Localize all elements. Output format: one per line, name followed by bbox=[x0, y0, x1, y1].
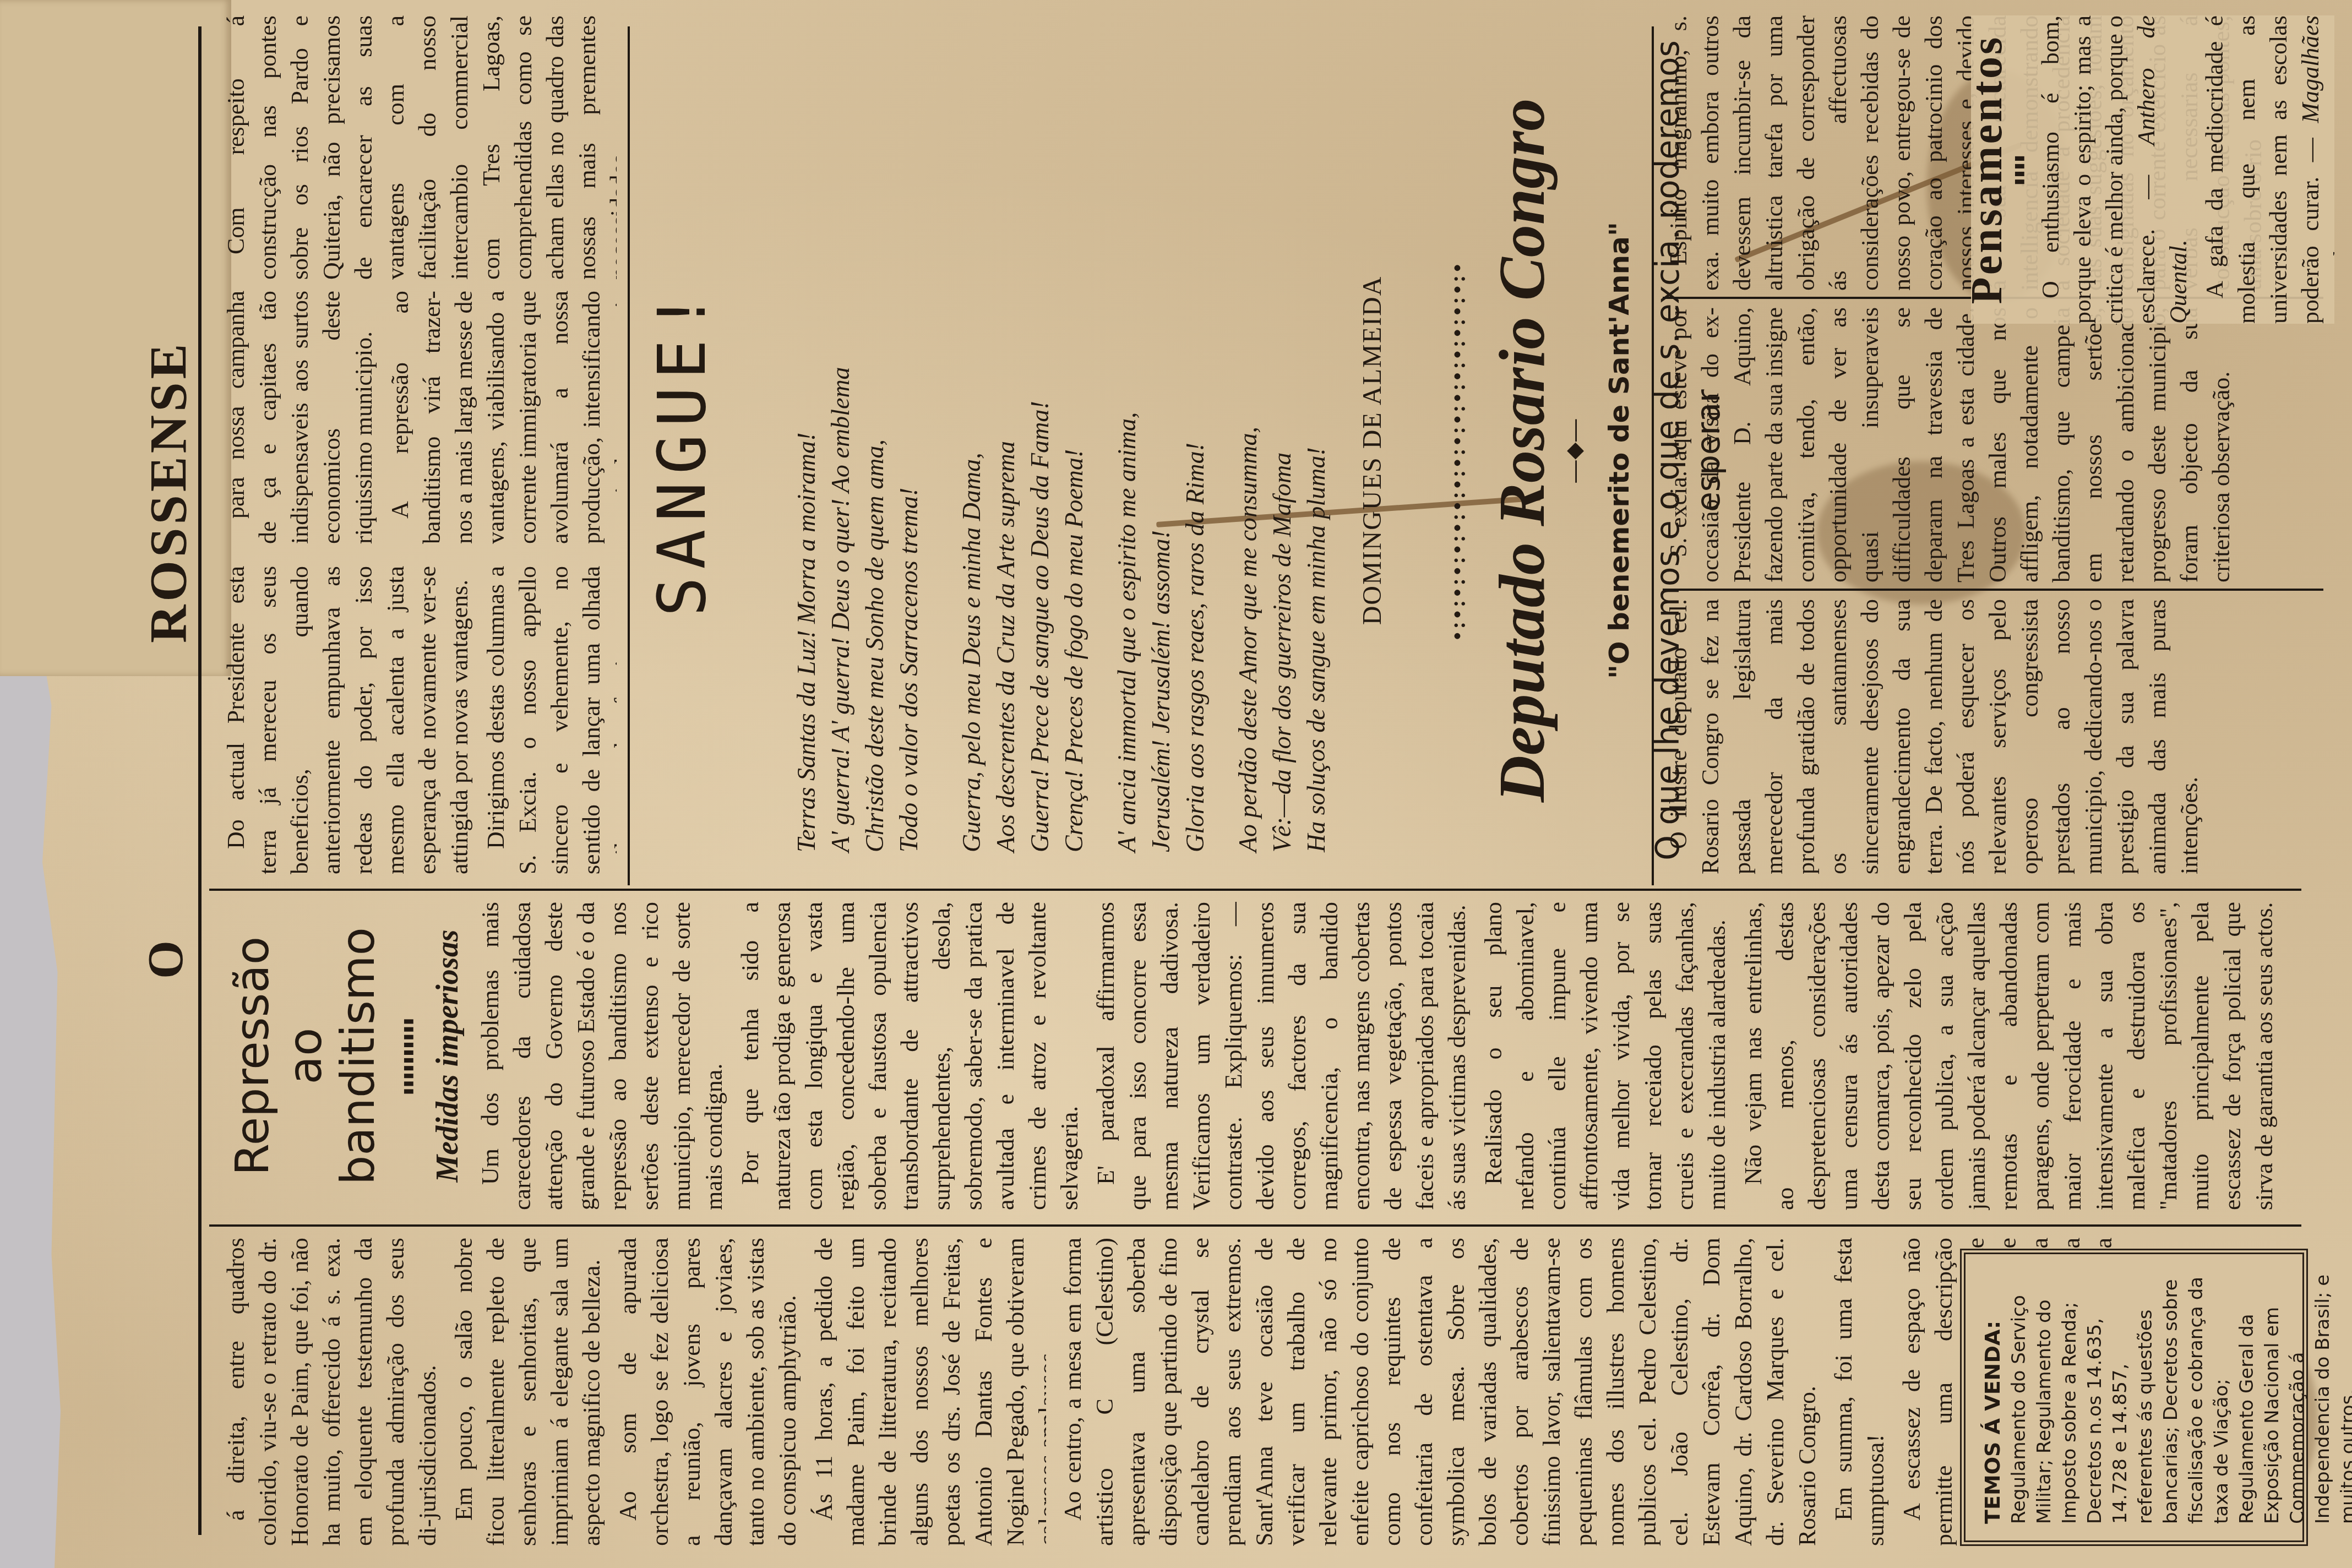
paragraph: Realisado o seu plano nefando e abominav… bbox=[1478, 902, 1733, 1210]
verse: Todo o valor dos Sarracenos trema! bbox=[892, 367, 926, 852]
paragraph: O illustre deputado cel. Rosario Congro … bbox=[1663, 599, 2206, 874]
ad-heading: TEMOS Á VENDA: bbox=[1980, 1321, 2005, 1524]
verse: Crença! Preces de fogo do meu Poema! bbox=[1057, 26, 1091, 852]
verse: Terras Santas da Luz! Morra a moirama! bbox=[790, 367, 824, 852]
poem-author: DOMINGUES DE ALMEIDA bbox=[1355, 26, 1390, 874]
article-subheadline: Medidas imperiosas bbox=[432, 902, 464, 1210]
paragraph: á direita, entre quadros colorido, viu-s… bbox=[220, 1238, 444, 1546]
paragraph: Ás 11 horas, a pedido de madame Paim, fo… bbox=[808, 1238, 1046, 1546]
section-rule bbox=[1652, 26, 1654, 885]
verse: Ha soluços de sangue em minha pluma! bbox=[1299, 26, 1333, 852]
verse: Christão deste meu Sonho de quem ama, bbox=[858, 367, 892, 852]
verse: Vê:—da flor dos guerreiros de Mafoma bbox=[1265, 26, 1299, 852]
verse: Guerra! Prece de sangue ao Deus da Fama! bbox=[1023, 26, 1057, 852]
verse: Ao perdão deste Amor que me consumma, bbox=[1231, 26, 1265, 852]
campanha-article-cont: Com respeito á construcção nas pontes so… bbox=[220, 15, 617, 280]
paragraph: Com respeito á construcção nas pontes so… bbox=[220, 15, 617, 280]
rosario-article-col2: S. excia. aqui esteve por occasião da vi… bbox=[1663, 307, 2323, 582]
column-rule bbox=[1663, 589, 2323, 591]
campanha-article: para nossa campanha de ça e capitaes tão… bbox=[220, 291, 617, 544]
dotted-divider: •:•:•:•:•:•:•:•:•:•:•:•:•:•:•:•:•:• bbox=[1445, 26, 1471, 874]
masthead: O ROSSENSE bbox=[116, 26, 202, 1535]
ornament-divider: —◆— bbox=[1561, 26, 1587, 874]
rosario-article-col1: O illustre deputado cel. Rosario Congro … bbox=[1663, 599, 2323, 874]
ornament-divider: ▮▮▮▮▮▮▮▮▮▮ bbox=[392, 902, 424, 1210]
article-headline: Repressão ao banditismo bbox=[226, 902, 384, 1210]
verse: Guerra, pelo meu Deus e minha Dama, bbox=[955, 26, 989, 852]
paragraph: S. excia. aqui esteve por occasião da vi… bbox=[1663, 307, 2237, 582]
paragraph: Dirigimos destas columnas a S. Excia. o … bbox=[480, 566, 617, 874]
paragraph: para nossa campanha de ça e capitaes tão… bbox=[220, 291, 380, 544]
paragraph: Do actual Presidente esta terra já merec… bbox=[220, 566, 476, 874]
scan-viewport: O ROSSENSE á direita, entre quadros colo… bbox=[0, 0, 2352, 1568]
paragraph: Em summa, foi uma festa sumptuosa! bbox=[1828, 1238, 1892, 1546]
advertisement-box: TEMOS Á VENDA: Regulamento do Serviço Mi… bbox=[1960, 1249, 2308, 1546]
poem-stanza: Ao perdão deste Amor que me consumma, Vê… bbox=[1231, 26, 1333, 852]
verse: Aos descrentes da Cruz da Arte suprema bbox=[989, 26, 1023, 852]
masthead-initial: O bbox=[138, 940, 194, 979]
ad-item: Regulamento Geral da Exposição Nacional … bbox=[2236, 1292, 2334, 1524]
paragraph: Não vejam nas entrelinhas, ao menos, des… bbox=[1738, 902, 2280, 1210]
presidente-article: Do actual Presidente esta terra já merec… bbox=[220, 566, 617, 874]
newspaper-page: O ROSSENSE á direita, entre quadros colo… bbox=[0, 0, 2352, 1568]
paragraph: A repressão ao banditismo virá trazer-no… bbox=[384, 291, 617, 544]
section-rule bbox=[628, 26, 630, 885]
poem-stanza: Terras Santas da Luz! Morra a moirama! A… bbox=[790, 367, 926, 852]
rosario-title: Deputado Rosario Congro bbox=[1484, 26, 1561, 874]
poem-stanza: A' ancia immortal que o espirito me anim… bbox=[1110, 26, 1212, 852]
verse: Jerusalém! Jerusalém! assoma! bbox=[1144, 26, 1178, 852]
verse: Gloria aos rasgos reaes, raros da Rima! bbox=[1178, 26, 1212, 852]
poem-stanzas-2: Guerra, pelo meu Deus e minha Dama, Aos … bbox=[936, 26, 1431, 874]
paragraph: Ao centro, a mesa em forma artistico C (… bbox=[1057, 1238, 1823, 1546]
paragraph: Em pouco, o salão nobre ficou litteralme… bbox=[448, 1238, 608, 1546]
paragraph: Ao som de apurada orchestra, logo se fez… bbox=[612, 1238, 804, 1546]
pensamentos-box: Pensamentos ▮▮▮▮ O enthusiasmo é bom, po… bbox=[1971, 15, 2334, 324]
banditismo-article: Repressão ao banditismo ▮▮▮▮▮▮▮▮▮▮ Medid… bbox=[220, 902, 2312, 1210]
verse: A' ancia immortal que o espirito me anim… bbox=[1110, 26, 1144, 852]
society-column: á direita, entre quadros colorido, viu-s… bbox=[220, 1238, 1046, 1546]
rosario-subtitle: "O benemerito de Sant'Anna" bbox=[1603, 26, 1635, 874]
paragraph: Por que tenha sido a natureza tão prodig… bbox=[734, 902, 1086, 1210]
poem-stanza: Guerra, pelo meu Deus e minha Dama, Aos … bbox=[955, 26, 1091, 852]
masthead-title: ROSSENSE bbox=[138, 340, 199, 643]
column-rule bbox=[209, 889, 2301, 891]
paragraph: E' paradoxal affirmarmos que para isso c… bbox=[1090, 902, 1473, 1210]
poem-title: SANGUE! bbox=[644, 26, 721, 874]
verse: A' guerra! A' guerra! Deus o quer! Ao em… bbox=[824, 367, 858, 852]
paragraph: Um dos problemas mais carecedores da cui… bbox=[475, 902, 730, 1210]
column-rule bbox=[209, 1224, 2301, 1227]
pensamentos-title: Pensamentos bbox=[1971, 15, 2003, 324]
